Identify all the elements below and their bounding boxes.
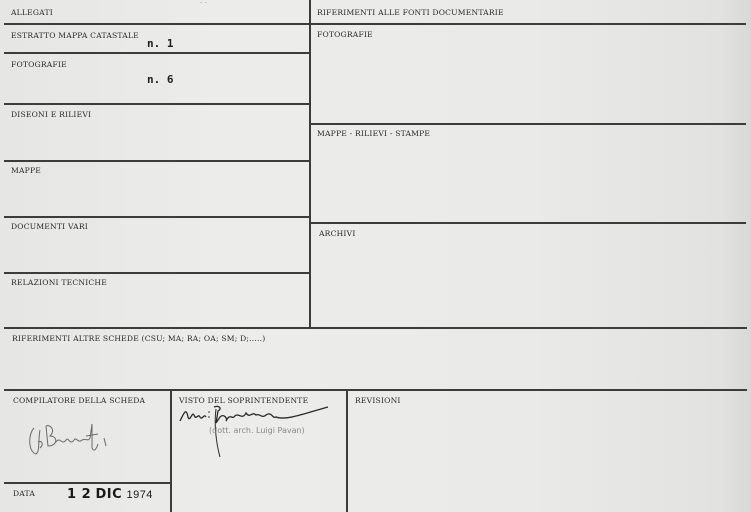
date-stamp[interactable]: 1 2 DIC 1974 xyxy=(67,487,153,502)
paper-marks: ·· xyxy=(200,0,210,7)
fotografie-value[interactable]: n. 6 xyxy=(147,73,174,86)
divider xyxy=(4,216,309,218)
mappe-rilievi-stampe-label: MAPPE - RILIEVI - STAMPE xyxy=(317,129,430,138)
revisioni-label: REVISIONI xyxy=(355,396,401,405)
date-month: DIC xyxy=(95,487,122,502)
fotografie-label: FOTOGRAFIE xyxy=(11,60,67,69)
estratto-mappa-label: ESTRATTO MAPPA CATASTALE xyxy=(11,31,139,40)
divider xyxy=(311,123,746,125)
divider xyxy=(4,272,309,274)
column-divider xyxy=(346,390,348,512)
divider xyxy=(311,23,746,25)
mappe-label: MAPPE xyxy=(11,166,41,175)
divider xyxy=(4,52,309,54)
date-day: 1 2 xyxy=(67,487,91,502)
disegni-rilievi-label: DISEONI E RILIEVI xyxy=(11,110,91,119)
riferimenti-fonti-title: RIFERIMENTI ALLE FONTI DOCUMENTARIE xyxy=(317,8,504,17)
divider xyxy=(4,327,747,329)
divider xyxy=(4,389,747,391)
divider xyxy=(4,103,309,105)
data-label: DATA xyxy=(13,489,35,498)
documenti-vari-label: DOCUMENTI VARI xyxy=(11,222,88,231)
divider xyxy=(4,23,309,25)
estratto-mappa-value[interactable]: n. 1 xyxy=(147,37,174,50)
divider xyxy=(311,222,746,224)
divider xyxy=(4,160,309,162)
column-divider xyxy=(309,0,311,329)
relazioni-tecniche-label: RELAZIONI TECNICHE xyxy=(11,278,107,287)
form-sheet: ·· ALLEGATI ESTRATTO MAPPA CATASTALE n. … xyxy=(0,0,751,512)
allegati-title: ALLEGATI xyxy=(11,8,53,17)
compilatore-label: COMPILATORE DELLA SCHEDA xyxy=(13,396,145,405)
riferimenti-altre-schede-label: RIFERIMENTI ALTRE SCHEDE (CSU; MA; RA; O… xyxy=(12,334,265,343)
archivi-label: ARCHIVI xyxy=(319,229,356,238)
date-year: 1974 xyxy=(126,489,152,501)
fonti-fotografie-label: FOTOGRAFIE xyxy=(317,30,373,39)
soprintendente-typed-name: (dott. arch. Luigi Pavan) xyxy=(209,426,305,435)
compilatore-signature xyxy=(26,422,116,462)
divider xyxy=(4,482,170,484)
column-divider xyxy=(170,390,172,512)
